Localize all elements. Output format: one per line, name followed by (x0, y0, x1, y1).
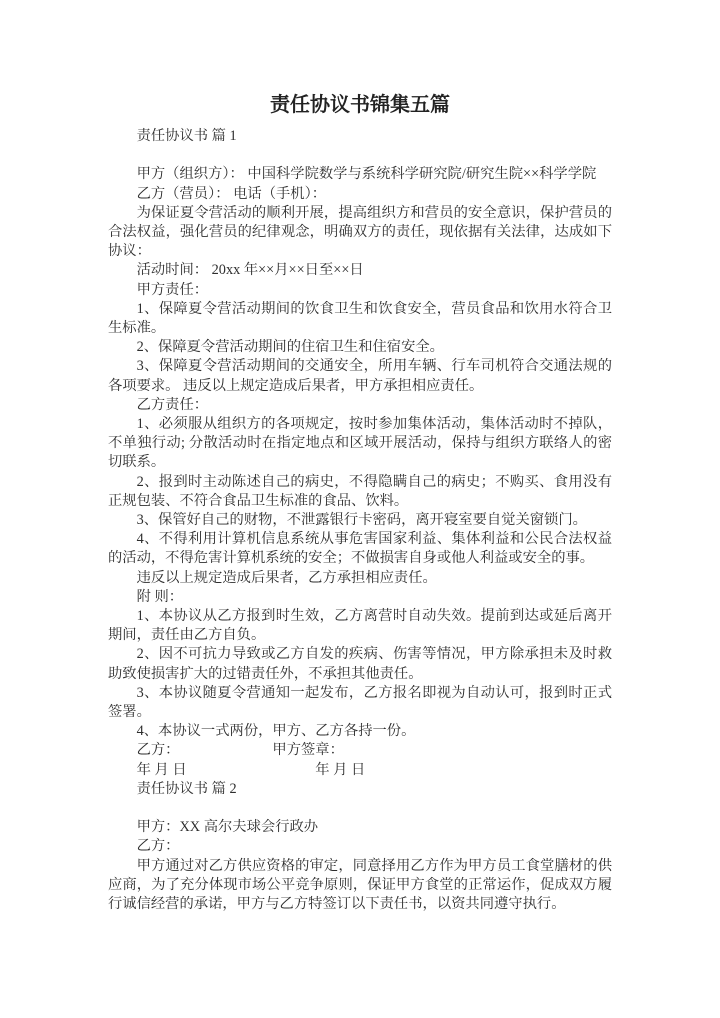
paragraph: 责任协议书 篇 2 (108, 780, 612, 799)
paragraph: 4、不得利用计算机信息系统从事危害国家利益、集体利益和公民合法权益的活动，不得危… (108, 530, 612, 568)
paragraph: 2、因不可抗力导致或乙方自发的疾病、伤害等情况，甲方除承担未及时救助致使损害扩大… (108, 645, 612, 683)
paragraph: 1、本协议从乙方报到时生效，乙方离营时自动失效。提前到达或延后离开期间，责任由乙… (108, 607, 612, 645)
paragraph: 附 则： (108, 588, 612, 607)
paragraph: 2、报到时主动陈述自己的病史，不得隐瞒自己的病史；不购买、食用没有正规包装、不符… (108, 473, 612, 511)
paragraph: 甲方责任： (108, 281, 612, 300)
document-page: 责任协议书锦集五篇 责任协议书 篇 1甲方（组织方）： 中国科学院数学与系统科学… (0, 0, 720, 1018)
paragraph: 违反以上规定造成后果者，乙方承担相应责任。 (108, 569, 612, 588)
paragraph: 乙方（营员）： 电话（手机）： (108, 185, 612, 204)
document-title: 责任协议书锦集五篇 (108, 92, 612, 119)
blank-line (108, 799, 612, 818)
paragraph: 2、保障夏令营活动期间的住宿卫生和住宿安全。 (108, 338, 612, 357)
paragraph: 1、必须服从组织方的各项规定，按时参加集体活动，集体活动时不掉队，不单独行动; … (108, 415, 612, 473)
paragraph: 责任协议书 篇 1 (108, 127, 612, 146)
paragraph: 3、保障夏令营活动期间的交通安全，所用车辆、行车司机符合交通法规的各项要求。 违… (108, 357, 612, 395)
document-content: 责任协议书锦集五篇 责任协议书 篇 1甲方（组织方）： 中国科学院数学与系统科学… (0, 0, 720, 914)
paragraph: 甲方通过对乙方供应资格的审定，同意择用乙方作为甲方员工食堂膳材的供应商，为了充分… (108, 857, 612, 915)
paragraph: 为保证夏令营活动的顺利开展，提高组织方和营员的安全意识，保护营员的合法权益，强化… (108, 204, 612, 262)
paragraph: 活动时间： 20xx 年××月××日至××日 (108, 261, 612, 280)
paragraph: 乙方： (108, 837, 612, 856)
paragraph: 4、本协议一式两份，甲方、乙方各持一份。 (108, 722, 612, 741)
paragraph: 甲方：XX 高尔夫球会行政办 (108, 818, 612, 837)
paragraph: 3、保管好自己的财物，不泄露银行卡密码，离开寝室要自觉关窗锁门。 (108, 511, 612, 530)
paragraph: 乙方： 甲方签章： (108, 741, 612, 760)
paragraph: 乙方责任： (108, 396, 612, 415)
paragraph: 1、保障夏令营活动期间的饮食卫生和饮食安全，营员食品和饮用水符合卫生标准。 (108, 300, 612, 338)
paragraph: 甲方（组织方）： 中国科学院数学与系统科学研究院/研究生院××科学学院 (108, 165, 612, 184)
paragraph: 3、本协议随夏令营通知一起发布，乙方报名即视为自动认可，报到时正式签署。 (108, 684, 612, 722)
document-body: 责任协议书 篇 1甲方（组织方）： 中国科学院数学与系统科学研究院/研究生院××… (108, 127, 612, 914)
blank-line (108, 146, 612, 165)
paragraph: 年 月 日 年 月 日 (108, 761, 612, 780)
